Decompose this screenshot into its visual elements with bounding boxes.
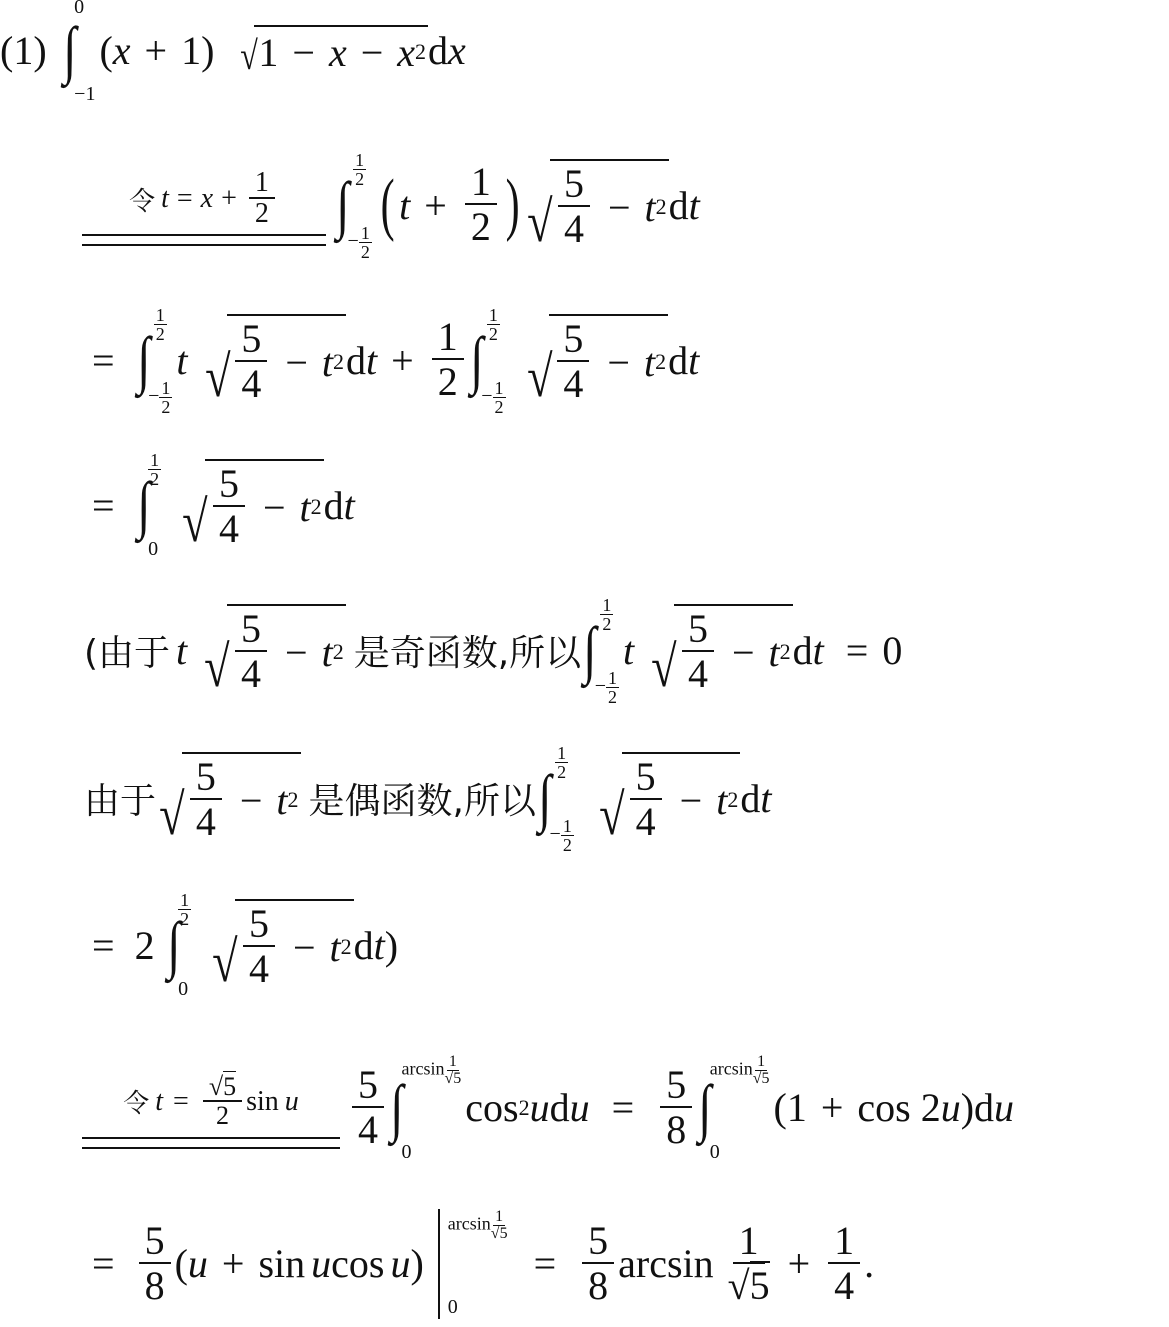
var: t (716, 777, 727, 824)
upper-limit: arcsin1√5 (710, 1054, 770, 1087)
radicand: 54 − t2 (227, 314, 346, 406)
line-6: 由于 √ 54 − t2 是偶函数,所以 ∫ 12 −12 √ 54 − t2 … (84, 738, 771, 858)
sqrt: √ 54 − t2 (209, 899, 354, 991)
integral-sign: ∫ (390, 1076, 403, 1140)
upper-limit: 12 (550, 744, 574, 781)
op: − (607, 339, 630, 386)
cjk-text: (由于 (84, 625, 170, 676)
fraction: 54 (630, 756, 662, 844)
fraction: 54 (213, 463, 245, 551)
numerator: 1 (606, 669, 619, 688)
denominator: 4 (241, 362, 261, 406)
func: arcsin (448, 1213, 491, 1233)
integral-sign: ∫ (538, 766, 551, 830)
radical-icon: √ (491, 1225, 500, 1242)
var: t (688, 337, 699, 384)
fraction: 58 (660, 1064, 692, 1152)
differential: d (669, 182, 689, 229)
numerator: 5 (352, 1064, 384, 1108)
fraction: 54 (352, 1064, 384, 1152)
numerator: 5 (582, 1220, 614, 1264)
var: x (397, 29, 415, 76)
var: t (322, 339, 333, 386)
radical-icon: √ (209, 1072, 223, 1101)
numerator: 5 (235, 608, 267, 652)
upper-limit: arcsin1√5 (448, 1209, 508, 1242)
integral-sign: ∫ (137, 473, 150, 537)
fraction: 54 (682, 608, 714, 696)
op: = (612, 1084, 635, 1131)
denominator: 2 (255, 199, 269, 230)
radical-icon: √ (241, 36, 259, 76)
radicand: 54 − t2 (550, 159, 669, 251)
denominator: 4 (249, 947, 269, 991)
op: = (534, 1240, 557, 1287)
denominator: √5 (445, 1071, 462, 1087)
line-4: = ∫ 12 0 √ 54 − t2 dt (92, 445, 355, 565)
num: 2 (135, 922, 155, 969)
op: = (92, 337, 115, 384)
lower-limit: 0 (710, 1141, 770, 1164)
var: x (113, 27, 131, 74)
denominator: √5 (728, 1264, 770, 1308)
integral-sign: ∫ (470, 328, 483, 392)
radical-icon: √ (159, 786, 184, 844)
op: − (361, 29, 384, 76)
paren: ) (201, 27, 214, 74)
sqrt: √ 54 − t2 (648, 604, 793, 696)
radicand: 54 − t2 (205, 459, 324, 551)
lower-limit: −1 (74, 83, 95, 106)
denominator: 4 (358, 1108, 378, 1152)
numerator: 1 (359, 224, 372, 243)
integral: ∫ 12 −12 (468, 312, 506, 408)
fraction: 54 (190, 756, 222, 844)
denominator: 4 (563, 362, 583, 406)
denominator: 4 (688, 652, 708, 696)
radical-icon: √ (651, 638, 676, 696)
numerator: 1 (159, 379, 172, 398)
numerator: 5 (660, 1064, 692, 1108)
numerator: 5 (682, 608, 714, 652)
op: − (285, 339, 308, 386)
fraction: 1√5 (728, 1220, 770, 1308)
var: t (176, 627, 187, 674)
paren: ) (385, 922, 398, 969)
op: − (263, 484, 286, 531)
op: − (292, 29, 315, 76)
op: + (788, 1240, 811, 1287)
integral: ∫ 12 −12 (135, 312, 173, 408)
var: t (644, 339, 655, 386)
sqrt: √ 54 − t2 (596, 752, 741, 844)
integral-sign: ∫ (698, 1076, 711, 1140)
denominator: 4 (834, 1264, 854, 1308)
num: 5 (453, 1070, 461, 1087)
integral: ∫ 12 −12 (536, 750, 574, 846)
integral-limits: 12 −12 (148, 312, 172, 408)
var: t (769, 629, 780, 676)
integral: ∫ arcsin1√5 0 (388, 1060, 461, 1156)
integral: ∫ 12 0 (165, 897, 192, 993)
var: x (448, 27, 466, 74)
sqrt: √ 54 − t2 (524, 159, 669, 251)
numerator: 1 (600, 596, 613, 615)
num: 0 (882, 627, 902, 674)
var: t (330, 924, 341, 971)
radicand: 54 − t2 (235, 899, 354, 991)
op: − (680, 777, 703, 824)
denominator: 8 (666, 1108, 686, 1152)
integral-sign: ∫ (137, 328, 150, 392)
fraction: 58 (582, 1220, 614, 1308)
numerator: 5 (558, 163, 590, 207)
var: t (161, 183, 169, 215)
op: = (846, 627, 869, 674)
var: x (201, 183, 213, 215)
radical-icon: √ (599, 786, 624, 844)
radical-icon: √ (205, 348, 230, 406)
lower-limit: 0 (178, 978, 191, 1001)
numerator: 5 (630, 756, 662, 800)
op: = (177, 183, 193, 215)
var: t (276, 777, 287, 824)
sqrt: √ 54 − t2 (179, 459, 324, 551)
radicand: 54 − t2 (227, 604, 346, 696)
fraction: 54 (557, 318, 589, 406)
denominator: 4 (636, 800, 656, 844)
differential: d (346, 337, 366, 384)
var: u (994, 1084, 1014, 1131)
line-5: (由于 t √ 54 − t2 是奇函数,所以 ∫ 12 −12 t √ 54 … (84, 590, 902, 710)
numerator: √5 (203, 1073, 242, 1102)
op: = (92, 1240, 115, 1287)
sqrt: √ 1 − x − x2 (238, 25, 428, 76)
numerator: 1 (353, 151, 366, 170)
num: 5 (750, 1261, 770, 1308)
fraction: 54 (558, 163, 590, 251)
denominator: 2 (563, 836, 572, 854)
denominator: 2 (216, 1102, 229, 1131)
radicand: 54 − t2 (549, 314, 668, 406)
num: 1 (181, 27, 201, 74)
var: u (941, 1084, 961, 1131)
numerator: 5 (213, 463, 245, 507)
paren: ) (961, 1084, 974, 1131)
line-8: 令 t = √5 2 sinu 54 ∫ arcsin1√5 0 cos2udu… (82, 1040, 1014, 1175)
paren: ( (99, 27, 112, 74)
cjk-text: 令 (123, 1083, 149, 1120)
line-1: (1) ∫ 0 −1 ( x + 1 ) √ 1 − x − x2 dx (0, 0, 466, 100)
integral-limits: arcsin1√5 0 (402, 1060, 462, 1156)
integral: ∫ arcsin1√5 0 (696, 1060, 769, 1156)
fraction: 54 (243, 903, 275, 991)
var: u (285, 1086, 299, 1118)
var: u (390, 1240, 410, 1287)
op: + (391, 337, 414, 384)
radical-icon: √ (728, 1263, 750, 1308)
lower-limit: −12 (595, 669, 619, 706)
double-bar (82, 1137, 340, 1149)
op: + (145, 27, 168, 74)
lower-limit: 0 (402, 1141, 462, 1164)
op: = (92, 922, 115, 969)
op: = (173, 1086, 189, 1118)
denominator: 2 (355, 170, 364, 188)
numerator: 5 (235, 318, 267, 362)
radical-icon: √ (527, 348, 552, 406)
substitution-caption: 令 t = √5 2 sinu (123, 1067, 299, 1137)
upper-limit: 12 (595, 596, 619, 633)
var: t (322, 629, 333, 676)
paren: ( (175, 1240, 188, 1287)
var: u (530, 1084, 550, 1131)
var: t (300, 484, 311, 531)
var: u (188, 1240, 208, 1287)
denominator: 2 (150, 470, 159, 488)
integral-limits: 12 −12 (481, 312, 505, 408)
sqrt: √ 54 − t2 (202, 314, 347, 406)
numerator: 1 (755, 1054, 767, 1071)
evaluation-bar (438, 1209, 440, 1319)
fraction: 54 (235, 318, 267, 406)
line-3: = ∫ 12 −12 t √ 54 − t2 dt + 12 ∫ 12 −12 … (92, 300, 699, 420)
denominator: 8 (145, 1264, 165, 1308)
cjk-text: 由于 (84, 773, 156, 824)
radicand: 54 − t2 (674, 604, 793, 696)
denominator: 4 (196, 800, 216, 844)
numerator: 1 (465, 161, 497, 205)
integral-sign: ∫ (167, 913, 180, 977)
differential: d (668, 337, 688, 384)
lower-limit: −12 (550, 817, 574, 854)
fraction: 58 (139, 1220, 171, 1308)
func: cos 2 (857, 1084, 940, 1131)
denominator: 4 (219, 507, 239, 551)
denominator: 2 (602, 615, 611, 633)
numerator: 1 (487, 306, 500, 325)
numerator: 1 (154, 306, 167, 325)
numerator: 1 (447, 1054, 459, 1071)
func: cos (465, 1084, 518, 1131)
paren: ) (505, 170, 519, 240)
func: sin (258, 1240, 305, 1287)
op: − (285, 629, 308, 676)
denominator: 4 (241, 652, 261, 696)
lower-limit: 0 (448, 1296, 508, 1319)
line-9: = 58 ( u + sinucosu ) arcsin1√5 0 = 58 a… (92, 1200, 874, 1327)
radicand: 1 − x − x2 (254, 25, 428, 76)
sqrt: √ 54 − t2 (524, 314, 669, 406)
substitution-arrow: 令 t = √5 2 sinu (82, 1067, 340, 1149)
denominator: 2 (180, 910, 189, 928)
sqrt: √ 54 − t2 (156, 752, 301, 844)
denominator: √5 (753, 1071, 770, 1087)
var: t (399, 182, 410, 229)
num: 5 (223, 1071, 236, 1101)
integral: ∫ 12 −12 (581, 602, 619, 698)
var: u (311, 1240, 331, 1287)
sqrt: √ 54 − t2 (201, 604, 346, 696)
fraction: 12 (465, 161, 497, 249)
numerator: 1 (493, 379, 506, 398)
radical-icon: √ (182, 493, 207, 551)
denominator: 2 (489, 325, 498, 343)
lower-limit: 0 (148, 538, 161, 561)
numerator: 1 (249, 168, 275, 199)
numerator: 1 (178, 891, 191, 910)
differential: d (793, 627, 813, 674)
problem-label: (1) (0, 27, 47, 74)
substitution-arrow: 令 t = x + 12 (82, 164, 326, 246)
differential: d (974, 1084, 994, 1131)
func: arcsin (618, 1240, 714, 1287)
numerator: 1 (432, 316, 464, 360)
fraction: 12 (432, 316, 464, 404)
line-7: = 2 ∫ 12 0 √ 54 − t2 dt) (92, 885, 398, 1005)
var: t (176, 337, 187, 384)
var: t (366, 337, 377, 384)
denominator: 2 (557, 763, 566, 781)
denominator: 2 (438, 360, 458, 404)
radicand: 54 − t2 (622, 752, 741, 844)
numerator: 5 (243, 903, 275, 947)
upper-limit: 0 (74, 0, 95, 19)
op: + (821, 1084, 844, 1131)
denominator: √5 (491, 1226, 508, 1242)
numerator: 1 (148, 451, 161, 470)
upper-limit: 12 (481, 306, 505, 343)
fraction: 14 (828, 1220, 860, 1308)
differential: d (550, 1084, 570, 1131)
func: arcsin (710, 1058, 753, 1078)
integral-sign: ∫ (336, 173, 349, 237)
func: arcsin (402, 1058, 445, 1078)
op: − (732, 629, 755, 676)
numerator: 1 (493, 1209, 505, 1226)
integral-limits: 0 −1 (74, 2, 95, 98)
period: . (864, 1240, 874, 1287)
var: t (645, 184, 656, 231)
var: t (760, 775, 771, 822)
integral: ∫ 0 −1 (61, 2, 96, 98)
radical-icon: √ (204, 638, 229, 696)
num: 5 (500, 1225, 508, 1242)
integral-limits: 12 −12 (595, 602, 619, 698)
denominator: 2 (471, 205, 491, 249)
integral: ∫ 12 0 (135, 457, 162, 553)
numerator: 5 (139, 1220, 171, 1264)
substitution-caption: 令 t = x + 12 (129, 164, 279, 234)
var: t (374, 922, 385, 969)
upper-limit: 12 (148, 306, 172, 343)
lower-limit: −12 (348, 224, 372, 261)
cjk-text: 是奇函数,所以 (354, 625, 581, 676)
numerator: 1 (561, 817, 574, 836)
var: t (689, 182, 700, 229)
var: x (329, 29, 347, 76)
op: + (424, 182, 447, 229)
cjk-text: 是偶函数,所以 (309, 773, 536, 824)
var: t (813, 627, 824, 674)
denominator: 2 (608, 688, 617, 706)
op: = (92, 482, 115, 529)
cjk-text: 令 (129, 181, 155, 218)
double-bar (82, 234, 326, 246)
paren: ( (380, 170, 394, 240)
numerator: 1 (555, 744, 568, 763)
var: t (623, 627, 634, 674)
radicand: 54 − t2 (182, 752, 301, 844)
num: 5 (761, 1070, 769, 1087)
radical-icon: √ (445, 1070, 454, 1087)
lower-limit: −12 (481, 379, 505, 416)
numerator: 1 (733, 1220, 765, 1264)
integral-sign: ∫ (583, 618, 596, 682)
var: t (344, 482, 355, 529)
differential: d (740, 775, 760, 822)
integral-limits: arcsin1√5 0 (710, 1060, 770, 1156)
op: + (221, 183, 237, 215)
var: t (155, 1086, 163, 1118)
op: − (608, 184, 631, 231)
integral: ∫ 12 −12 (334, 157, 372, 253)
denominator: 2 (495, 398, 504, 416)
denominator: 8 (588, 1264, 608, 1308)
func: sin (246, 1086, 279, 1118)
num: 1 (258, 29, 278, 76)
integral-limits: 12 −12 (550, 750, 574, 846)
line-2: 令 t = x + 12 ∫ 12 −12 ( t + 12 ) √ 54 − … (82, 140, 700, 270)
numerator: 1 (828, 1220, 860, 1264)
lower-limit: −12 (148, 379, 172, 416)
radical-icon: √ (527, 193, 552, 251)
radical-icon: √ (212, 933, 237, 991)
fraction: 12 (249, 168, 275, 230)
denominator: 2 (161, 398, 170, 416)
paren: ( (773, 1084, 786, 1131)
numerator: 5 (190, 756, 222, 800)
denominator: 2 (156, 325, 165, 343)
fraction: 54 (235, 608, 267, 696)
num: 1 (787, 1084, 807, 1131)
var: u (570, 1084, 590, 1131)
differential: d (324, 482, 344, 529)
paren: ) (410, 1240, 423, 1287)
upper-limit: arcsin1√5 (402, 1054, 462, 1087)
integral-limits: 12 −12 (348, 157, 372, 253)
denominator: 2 (361, 243, 370, 261)
op: + (222, 1240, 245, 1287)
op: − (240, 777, 263, 824)
numerator: 5 (557, 318, 589, 362)
fraction: √5 2 (203, 1073, 242, 1131)
func: cos (331, 1240, 384, 1287)
evaluation-limits: arcsin1√5 0 (448, 1209, 508, 1319)
differential: d (428, 27, 448, 74)
denominator: 4 (564, 207, 584, 251)
op: − (293, 924, 316, 971)
integral-sign: ∫ (63, 18, 76, 82)
differential: d (354, 922, 374, 969)
upper-limit: 12 (348, 151, 372, 188)
